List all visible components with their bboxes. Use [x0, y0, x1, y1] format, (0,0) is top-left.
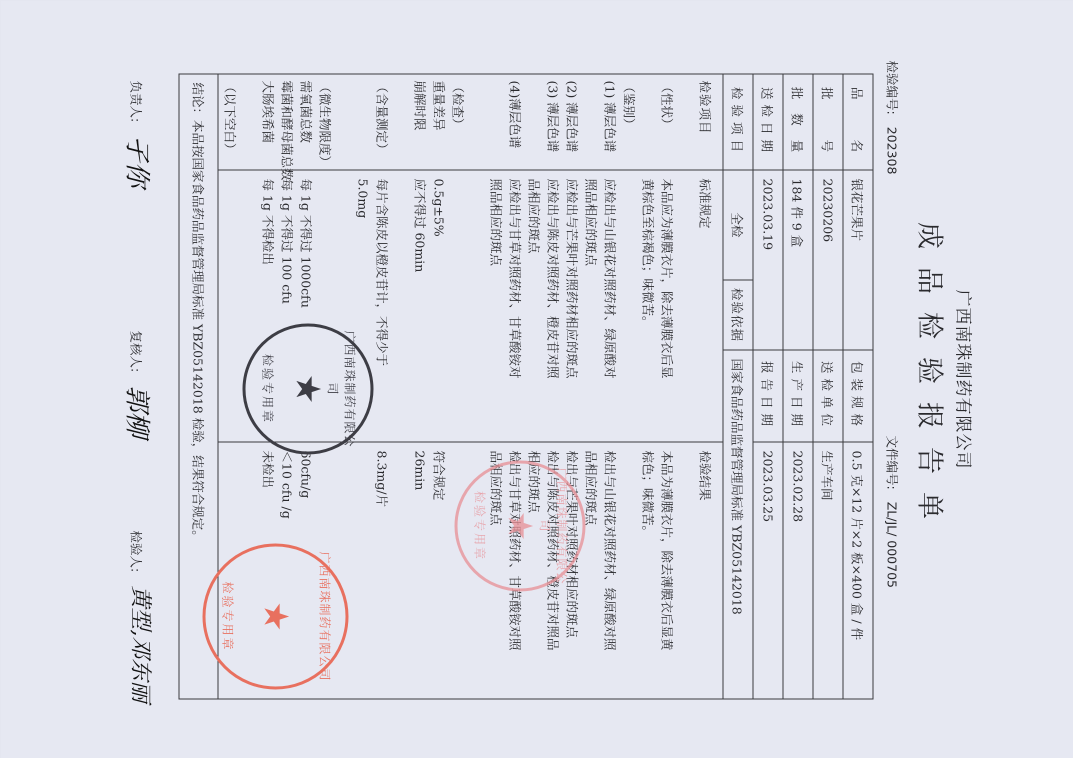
row-test-items: 检验项目 全检 检验依据 国家食品药品监督管理局标准 YBZ05142018 — [723, 74, 753, 699]
row-product-name: 品 名 银花芒果片 包装规格 0.5 克×12 片×2 板×400 盒 / 件 — [843, 74, 873, 699]
test-item-line — [638, 80, 657, 161]
result-line: 本品为薄膜衣片，除去薄膜衣后显黄 — [657, 450, 676, 690]
seal-company-text: 广西南珠制药有限公司 — [324, 326, 358, 451]
report-title: 成品检验报告单 — [912, 0, 951, 758]
test-item-line: （含量测定） — [372, 80, 391, 161]
inspection-seal-black: 广西南珠制药有限公司 ★ 检验专用章 — [242, 323, 373, 454]
production-date-value: 2023.02.28 — [783, 442, 813, 699]
basis-value: 国家食品药品监督管理局标准 YBZ05142018 — [723, 350, 753, 699]
test-items-value: 全检 — [723, 170, 753, 280]
standard-line: 照品相应的斑点 — [486, 178, 505, 433]
basis-label: 检验依据 — [723, 280, 753, 350]
batch-qty-value: 184 件 9 盒 — [783, 170, 813, 350]
result-line — [391, 450, 410, 690]
standard-line: 应检出与芒果叶对照药材相应的斑点 — [562, 178, 581, 433]
package-spec-label: 包装规格 — [843, 350, 873, 442]
test-item-line — [486, 80, 505, 161]
standard-line — [448, 178, 467, 433]
submitter-value: 生产车间 — [813, 442, 843, 699]
file-number: 文件编号: ZL/JL/ 000705 — [883, 435, 901, 588]
reviewer-signature: 郭柳 — [120, 385, 157, 437]
company-name: 广西南珠制药有限公司 — [952, 0, 977, 758]
test-item-line: （微生物限度） — [315, 80, 334, 161]
standard-line: 每片含陈皮以橙皮苷计，不得少于 — [372, 178, 391, 433]
standard-line: 照品相应的斑点 — [581, 178, 600, 433]
result-line: 26min — [410, 450, 429, 690]
reviewer-label: 复核人: — [127, 330, 145, 372]
result-line: 8.3mg/片 — [372, 450, 391, 690]
result-line: 品相应的斑点 — [581, 450, 600, 690]
test-item-line: （检查） — [448, 80, 467, 161]
submitter-label: 送检单位 — [813, 350, 843, 442]
inspector-signature: 黄型,邓东丽 — [126, 585, 157, 702]
inspector-label: 检验人: — [127, 530, 145, 572]
report-date-label: 报告日期 — [753, 350, 783, 442]
standard-line: 应检出与陈皮对照药材、橙皮苷对照 — [543, 178, 562, 433]
test-item-line: 霉菌和酵母菌总数 — [277, 80, 296, 161]
inspection-seal-pink: 广西南珠制药有限公司 ★ 检验专用章 — [454, 460, 585, 591]
test-item-line — [334, 80, 353, 161]
standard-line: 应不得过 60min — [410, 178, 429, 433]
result-line: 棕色；味微苦。 — [638, 450, 657, 690]
test-item-line: (2) 薄层色谱 — [562, 80, 581, 161]
test-item-line — [676, 80, 695, 161]
inspection-number: 检验编号: 202308 — [883, 60, 901, 174]
test-item-line — [353, 80, 372, 161]
star-icon: ★ — [258, 601, 292, 631]
standards-column-header: 标准规定 — [695, 178, 714, 433]
standard-line: 本品应为薄膜衣片，除去薄膜衣后显 — [657, 178, 676, 433]
test-item-line — [524, 80, 543, 161]
responsible-signature: 孑你 — [120, 135, 157, 187]
inspection-number-label: 检验编号: — [884, 60, 899, 114]
standard-line — [619, 178, 638, 433]
product-name-value: 银花芒果片 — [843, 170, 873, 350]
test-item-line: （以下空白） — [220, 80, 239, 161]
submit-date-label: 送检日期 — [753, 74, 783, 170]
test-item-line: 重量差异 — [429, 80, 448, 161]
test-item-line: (1) 薄层色谱 — [600, 80, 619, 161]
batch-no-value: 20230206 — [813, 170, 843, 350]
star-icon: ★ — [291, 373, 325, 403]
test-item-line — [581, 80, 600, 161]
submit-date-value: 2023.03.19 — [753, 170, 783, 350]
batch-no-label: 批 号 — [813, 74, 843, 170]
standard-line — [676, 178, 695, 433]
result-line: 检出与山银花对照药材、绿原酸对照 — [600, 450, 619, 690]
standard-line: 应检出与甘草对照药材、甘草酸铵对 — [505, 178, 524, 433]
package-spec-value: 0.5 克×12 片×2 板×400 盒 / 件 — [843, 442, 873, 699]
seal-purpose-text: 检验专用章 — [471, 463, 488, 588]
test-item-line: (3) 薄层色谱 — [543, 80, 562, 161]
responsible-label: 负责人: — [127, 80, 145, 122]
results-column-header: 检验结果 — [695, 450, 714, 690]
row-batch-no: 批 号 20230206 送检单位 生产车间 — [813, 74, 843, 699]
test-items-label: 检验项目 — [723, 74, 753, 170]
items-column-header: 检验项目 — [695, 80, 714, 161]
row-batch-qty: 批 数 量 184 件 9 盒 生产日期 2023.02.28 — [783, 74, 813, 699]
production-date-label: 生产日期 — [783, 350, 813, 442]
test-item-line: (4)薄层色谱 — [505, 80, 524, 161]
report-page: 广西南珠制药有限公司 成品检验报告单 检验编号: 202308 文件编号: ZL… — [0, 0, 1073, 758]
seal-company-text: 广西南珠制药有限公司 — [536, 463, 570, 588]
file-number-value: ZL/JL/ 000705 — [884, 501, 899, 587]
product-name-label: 品 名 — [843, 74, 873, 170]
standard-line — [467, 178, 486, 433]
seal-company-text: 广西南珠制药有限公司 — [316, 546, 333, 686]
report-date-value: 2023.03.25 — [753, 442, 783, 699]
result-line — [353, 450, 372, 690]
standard-line: 0.5g±5% — [429, 178, 448, 433]
row-submit-date: 送检日期 2023.03.19 报告日期 2023.03.25 — [753, 74, 783, 699]
test-item-line: 崩解时限 — [410, 80, 429, 161]
test-item-line: （性状） — [657, 80, 676, 161]
inspection-number-value: 202308 — [884, 126, 899, 174]
test-item-line — [391, 80, 410, 161]
standard-line: 黄棕色至棕褐色；味微苦。 — [638, 178, 657, 433]
seal-purpose-text: 检验专用章 — [219, 546, 236, 686]
test-item-line — [467, 80, 486, 161]
result-line: 符合规定 — [429, 450, 448, 690]
seal-purpose-text: 检验专用章 — [259, 326, 276, 451]
standard-line — [391, 178, 410, 433]
items-column: 检验项目 （性状） （鉴别）(1) 薄层色谱 (2) 薄层色谱(3) 薄层色谱 … — [218, 74, 723, 170]
star-icon: ★ — [503, 510, 537, 540]
inspection-seal-red: 广西南珠制药有限公司 ★ 检验专用章 — [202, 543, 348, 689]
test-item-line: 大肠埃希菌 — [258, 80, 277, 161]
test-item-line — [239, 80, 258, 161]
standard-line: 应检出与山银花对照药材、绿原酸对 — [600, 178, 619, 433]
result-line — [619, 450, 638, 690]
file-number-label: 文件编号: — [884, 435, 899, 489]
test-item-line: 需氧菌总数 — [296, 80, 315, 161]
batch-qty-label: 批 数 量 — [783, 74, 813, 170]
items-list: （性状） （鉴别）(1) 薄层色谱 (2) 薄层色谱(3) 薄层色谱 (4)薄层… — [220, 80, 695, 161]
standard-line — [220, 178, 239, 433]
test-item-line: （鉴别） — [619, 80, 638, 161]
result-line — [448, 450, 467, 690]
result-line — [676, 450, 695, 690]
standard-line: 品相应的斑点 — [524, 178, 543, 433]
